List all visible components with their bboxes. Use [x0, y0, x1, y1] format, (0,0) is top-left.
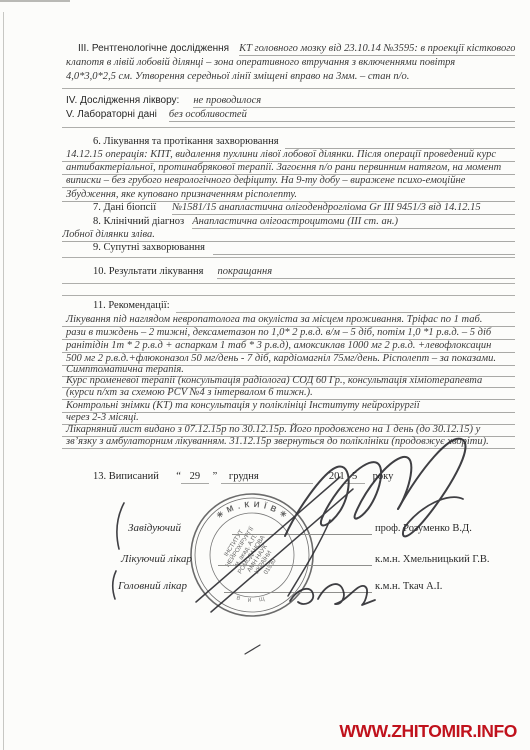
- recommendations-line: Лікування під наглядом невропатолога та …: [62, 313, 515, 327]
- recommendations-line: рази в тиждень – 2 тижні, дексаметазон п…: [62, 326, 515, 340]
- liquor-value: не проводилося: [193, 94, 515, 108]
- section-6-label: 6. Лікування та протікання захворювання: [62, 135, 279, 148]
- discharge-day: 29: [181, 470, 209, 484]
- sick-leave-line: зв’язку з амбулаторним лікуванням. 31.12…: [62, 435, 515, 449]
- radiation-course-line: (курси п/хт за схемою PCV №4 з інтервало…: [62, 386, 515, 400]
- signature-line: [224, 592, 372, 593]
- radiology-findings-line-1: КТ головного мозку від 23.10.14 №3595: в…: [239, 42, 515, 56]
- signature-name-3: к.м.н. Ткач А.І.: [375, 577, 442, 593]
- signature-role-2: Лікуючий лікар: [121, 550, 192, 566]
- discharge-label: 13. Виписаний: [62, 470, 159, 483]
- form-rule: [62, 88, 515, 89]
- treatment-line-2: антибактеріальної, протинабрякової терап…: [62, 161, 515, 175]
- signature-role-1: Завідуючий: [128, 519, 181, 535]
- signature-name-2: к.м.н. Хмельницький Г.В.: [375, 550, 490, 566]
- form-rule: [62, 257, 515, 258]
- form-rule: [62, 283, 515, 284]
- scanned-discharge-summary: III. Рентгенологічне дослідження КТ голо…: [0, 0, 530, 750]
- signature-line: [218, 565, 372, 566]
- scan-edge-artifact: [3, 12, 4, 750]
- signature-name-1: проф. Розуменко В.Д.: [375, 519, 472, 535]
- svg-text:✳ М . К И Ї В ✳: ✳ М . К И Ї В ✳: [215, 500, 289, 520]
- form-rule: [62, 295, 515, 296]
- radiology-findings-line-2: клапотя в лівій лобовій ділянці – зона о…: [62, 57, 455, 68]
- signature-line: [232, 534, 372, 535]
- lab-value: без особливостей: [169, 108, 515, 122]
- section-10-label: 10. Результати лікування: [62, 265, 203, 278]
- discharge-year-prefix: 201: [329, 470, 345, 483]
- svg-text:в и щ: в и щ: [236, 594, 269, 604]
- form-rule: [62, 127, 515, 128]
- discharge-month: грудня: [221, 470, 313, 484]
- stamp-bottom-arc-text: в и щ: [236, 594, 269, 604]
- section-iv-label: IV. Дослідження ліквору:: [62, 94, 179, 107]
- section-9-label: 9. Супутні захворювання: [62, 241, 205, 254]
- biopsy-value: №1581/15 анапластична олігодендрогліома …: [172, 201, 515, 215]
- scan-edge-artifact: [0, 0, 70, 2]
- recommendations-line: ранітідін 1т * 2 р.в.д + аспаркам 1 таб …: [62, 339, 515, 353]
- treatment-line-1: 14.12.15 операція: КПТ, видалення пухлин…: [62, 148, 515, 162]
- discharge-year-suffix: року: [373, 470, 394, 483]
- treatment-line-4: Збудження, яке куповано призначенням ріс…: [62, 188, 515, 202]
- diagnosis-line-2: Лобної ділянки зліва.: [62, 228, 515, 242]
- section-11-label: 11. Рекомендації:: [62, 299, 170, 312]
- signature-role-3: Головний лікар: [118, 577, 187, 593]
- round-stamp: ✳ М . К И Ї В ✳ в и щ ІНСТИТУТ НЕЙРОХІРУ…: [186, 489, 318, 621]
- discharge-year-digit: 5: [345, 470, 365, 484]
- section-v-label: V. Лабораторні дані: [62, 108, 157, 121]
- quote-close: ”: [209, 470, 221, 483]
- site-watermark: WWW.ZHITOMIR.INFO: [339, 721, 517, 742]
- diagnosis-value: Анапластична олігоастроцитоми (ІІІ ст. а…: [192, 215, 515, 229]
- results-value: покращання: [217, 265, 515, 279]
- quote-open: “: [159, 470, 181, 483]
- radiology-findings-line-3: 4,0*3,0*2,5 см. Утворення середньої ліні…: [62, 71, 409, 82]
- section-7-label: 7. Дані біопсії: [62, 201, 156, 214]
- section-8-label: 8. Клінічний діагноз: [62, 215, 184, 228]
- section-iii-label: III. Рентгенологічне дослідження: [62, 42, 229, 55]
- treatment-line-3: виписки – без грубого неврологічного деф…: [62, 174, 515, 188]
- stamp-top-arc-text: ✳ М . К И Ї В ✳: [215, 500, 289, 520]
